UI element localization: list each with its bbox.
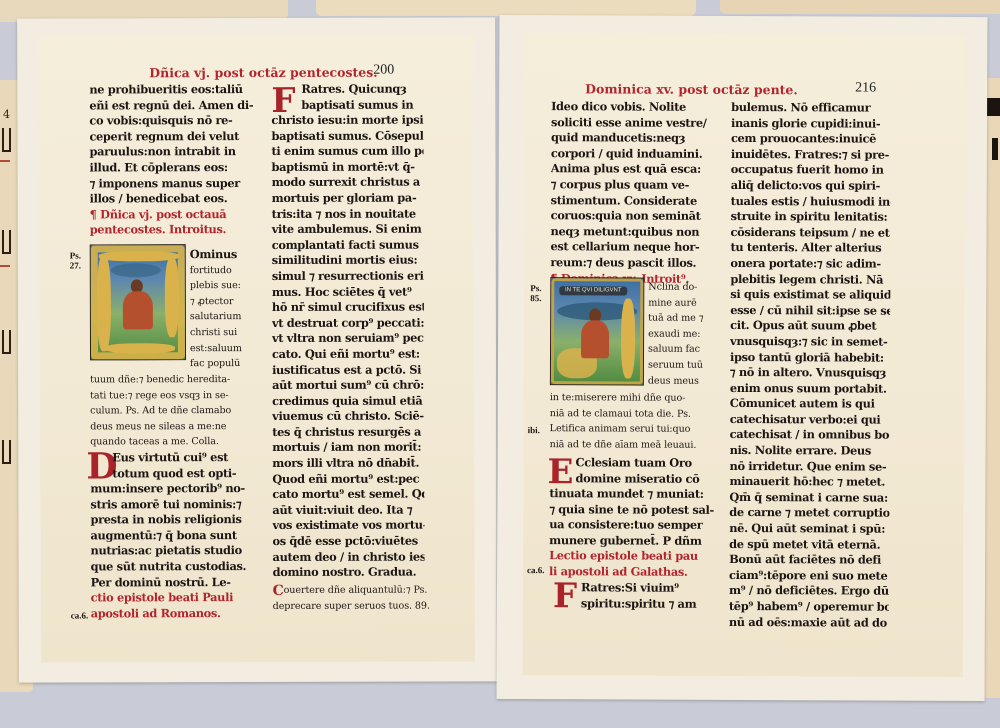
- text-line: deus meus: [648, 373, 724, 389]
- text-line: tuales estis / huiusmodi in-: [731, 194, 891, 210]
- text-line: ua consistere:tuo semper: [549, 517, 727, 533]
- text-line: christo iesu:in morte ipsi⁹: [271, 113, 423, 129]
- margin-note-psalm: Ps. 27.: [70, 250, 81, 270]
- woodcut-frame: [551, 278, 643, 384]
- background-leaf-top-center: [316, 0, 696, 16]
- text-line: cato. Qui eñi mortu⁹ est:: [272, 346, 424, 362]
- rubric-mark: [0, 265, 10, 267]
- text-line: mus. Hoc sciētes q̄ vet⁹: [272, 284, 424, 300]
- text-line: ⁊ imponens manus super: [90, 176, 258, 192]
- text-line: nis. Nolite errare. Deus: [730, 443, 890, 459]
- text-line: domino nostro. Gradua.: [273, 565, 425, 581]
- text-line: nū ad oēs:maxie aūt ad do: [729, 615, 889, 631]
- text-line: illos / benedicebat eos.: [90, 191, 258, 207]
- text-line: reum:⁊ deus pascit illos.: [550, 255, 720, 271]
- text-line: ceperit regnum dei velut: [89, 129, 257, 145]
- text-line: nō irridetur. Que enim se-: [729, 459, 889, 475]
- text-line: Ideo dico vobis. Nolite: [551, 99, 721, 115]
- text-beside-woodcut: Ominus fortitudo plebis sue: ⁊ ꝓtector s…: [190, 247, 260, 372]
- text-line: domine miseratio cō: [575, 471, 725, 487]
- text-line: tuum dñe:⁊ benedic heredita-: [90, 372, 265, 388]
- margin-note-line: 27.: [70, 260, 81, 270]
- text-line: catechisat / in omnibus bo-: [730, 427, 890, 443]
- gradual-lines: deprecare super seruos tuos. 89.: [273, 599, 443, 615]
- text-line: augmentū:⁊ q̄ bona sunt: [90, 528, 265, 544]
- folio-number: 200: [373, 63, 394, 79]
- text-line: Ominus: [190, 247, 260, 263]
- text-line: cato mortu⁹ est semel. Qd: [272, 487, 424, 503]
- rubric-line: apostoli ad Romanos.: [91, 606, 266, 622]
- text-line: enim onus suum portabit.: [730, 381, 890, 397]
- folio-number: 216: [855, 80, 876, 96]
- text-line: spiritu:spiritu ⁊ am: [581, 596, 721, 612]
- text-line: autem deo / in christo iesu: [273, 549, 425, 565]
- margin-note-line: Ps.: [530, 283, 541, 293]
- text-line: vt vltra non seruiam⁹ pec: [272, 331, 424, 347]
- text-line: deus meus ne sileas a me:ne: [90, 419, 265, 435]
- running-head: Dominica xv. post octāz pente.: [585, 81, 798, 97]
- red-initial-F: F: [553, 579, 577, 613]
- text-line: coruos:quia non semināt: [551, 208, 721, 224]
- text-beside-woodcut: Nclina do- mine aurē tuā ad me ⁊ exaudi …: [648, 280, 724, 389]
- red-initial-E: E: [547, 455, 573, 489]
- text-line: totum quod est opti-: [112, 466, 262, 482]
- text-line: cōsiderans teipsum / ne et: [731, 225, 891, 241]
- text-line: simul ⁊ resurrectionis eri-: [272, 269, 424, 285]
- text-line: ouertere dñe aliquantulū:⁊ Ps.: [284, 583, 444, 599]
- text-line: aūt viuit:viuit deo. Ita ⁊: [272, 502, 424, 518]
- text-line: baptisati sumus. Cōsepul: [271, 128, 423, 144]
- text-line: aliq̄ delicto:vos qui spiri-: [731, 178, 891, 194]
- text-line: de spū metet vitā eternā.: [729, 537, 889, 553]
- text-line: fac populū: [190, 356, 260, 372]
- text-fragment: [992, 138, 998, 160]
- text-line: plebis sue:: [190, 278, 260, 294]
- text-line: munere gubernet̄. P dñm: [549, 533, 727, 549]
- background-leaf-top-right: [720, 0, 1000, 14]
- text-after-woodcut: tuum dñe:⁊ benedic heredita- tati tue:⁊ …: [90, 372, 265, 450]
- text-line: eñi est regnū dei. Amen di-: [89, 98, 257, 114]
- text-line: culum. Ps. Ad te dñe clamabo: [90, 403, 265, 419]
- text-line: stris amorē tui nominis:⁊: [90, 497, 265, 513]
- music-number: 4: [3, 108, 10, 121]
- text-line: Eus virtutū cui⁹ est: [112, 450, 262, 466]
- text-line: si quis existimat se aliquid: [730, 287, 890, 303]
- text-line: co vobis:quisquis nō re-: [89, 113, 257, 129]
- text-line: de carne ⁊ metet corruptio: [729, 505, 889, 521]
- text-line: deprecare super seruos tuos. 89.: [273, 599, 443, 615]
- margin-note-line: Ps.: [70, 250, 81, 260]
- rubric-line: ctio epistole beati Pauli: [91, 590, 266, 606]
- text-line: ⁊ corpus plus quam ve-: [551, 177, 721, 193]
- text-line: mum:insere pectorib⁹ no-: [90, 481, 265, 497]
- text-line: iustificatus est a pctō. Si: [272, 362, 424, 378]
- text-line: vite ambulemus. Si enim: [272, 222, 424, 238]
- collect-lines: tinuata mundet ⁊ muniat: ⁊ quia sine te …: [549, 486, 727, 580]
- illuminated-initial-woodcut: [90, 244, 186, 360]
- text-line: Anima plus est quā esca:: [551, 162, 721, 178]
- music-notation-mark: [2, 128, 11, 152]
- text-line: presta in nobis religionis: [90, 512, 265, 528]
- text-line: modo surrexit christus a: [272, 175, 424, 191]
- text-line: Letifica animam serui tui:quo: [550, 421, 728, 437]
- text-line: Qm̄ q̄ seminat i carne sua:: [729, 490, 889, 506]
- gradual-lines: ouertere dñe aliquantulū:⁊ Ps.: [284, 583, 444, 599]
- left-column-2: christo iesu:in morte ipsi⁹ baptisati su…: [271, 113, 424, 581]
- text-line: minauerit hō:hec ⁊ metet.: [729, 474, 889, 490]
- margin-note-psalm: Ps. 85.: [530, 283, 541, 303]
- text-line: bulemus. Nō efficamur: [731, 100, 891, 116]
- text-line: vnusquisqȝ:⁊ sic in semet-: [730, 334, 890, 350]
- text-line: salutarium: [190, 309, 260, 325]
- margin-note-line: 85.: [530, 293, 541, 303]
- red-initial-C: C: [273, 584, 284, 598]
- text-line: vt destruat corp⁹ peccati:: [272, 315, 424, 331]
- illuminated-initial-woodcut: IN TE QVI DILIGVNT: [550, 277, 644, 385]
- text-line: est:saluum: [190, 341, 260, 357]
- text-line: complantati facti sumus: [272, 237, 424, 253]
- text-line: mors illi vltra nō dn̄abit̄.: [272, 456, 424, 472]
- right-leaf-page: Dominica xv. post octāz pente. 216 Ideo …: [523, 33, 966, 677]
- text-line: in te:miserere mihi dñe quo-: [550, 390, 728, 406]
- rubric-line: Lectio epistole beati pau: [549, 549, 727, 565]
- right-column-1: Ideo dico vobis. Nolite soliciti esse an…: [550, 99, 721, 287]
- text-line: tuā ad me ⁊: [648, 311, 724, 327]
- epistle-lines: Ratres:Si viuim⁹ spiritu:spiritu ⁊ am: [581, 580, 721, 612]
- text-line: Quod eñi mortu⁹ est:pec: [272, 471, 424, 487]
- woodcut-frame: [91, 245, 185, 359]
- text-line: Ratres:Si viuim⁹: [581, 580, 721, 596]
- text-line: similitudini mortis eius:: [272, 253, 424, 269]
- text-line: Nclina do-: [648, 280, 724, 296]
- text-line: inanis glorie cupidi:inui-: [731, 116, 891, 132]
- music-notation-mark: [2, 230, 11, 254]
- text-line: os q̄dē esse pctō:viuētes: [272, 534, 424, 550]
- text-line: paruulus:non intrabit in: [89, 144, 257, 160]
- collect-lines-indented: Eus virtutū cui⁹ est totum quod est opti…: [112, 450, 262, 482]
- col2-indented-lines: Ratres. Quicunqȝ baptisati sumus in: [301, 82, 421, 114]
- text-line: tris:ita ⁊ nos in nouitate: [272, 206, 424, 222]
- text-line: esse / cū nihil sit:ipse se sedu-: [730, 303, 890, 319]
- left-column-1: ne prohibueritis eos:taliū eñi est regnū…: [89, 82, 257, 238]
- text-line: tinuata mundet ⁊ muniat:: [549, 486, 727, 502]
- text-line: neqȝ metunt:quibus non: [551, 224, 721, 240]
- text-line: fortitudo: [190, 263, 260, 279]
- text-line: baptisati sumus in: [301, 97, 421, 113]
- text-line: mortuis / iam non morit̄:: [272, 440, 424, 456]
- left-leaf-page: Dñica vj. post octāz pentecostes. 200 ne…: [39, 35, 475, 662]
- text-line: tati tue:⁊ rege eos vsqȝ in se-: [90, 388, 265, 404]
- margin-note-chapter: ca.6.: [527, 565, 545, 575]
- text-line: baptismū in mortē:vt q̄-: [272, 159, 424, 175]
- rubric-mark: [0, 160, 10, 162]
- text-line: corpori / quid induamini.: [551, 146, 721, 162]
- text-line: inuidētes. Fratres:⁊ si pre-: [731, 147, 891, 163]
- music-notation-mark: [2, 330, 11, 354]
- text-line: cem prouocantes:inuicē: [731, 131, 891, 147]
- text-line: que sūt nutrita custodias.: [91, 559, 266, 575]
- text-line: struite in spiritu lenitatis:: [731, 209, 891, 225]
- text-line: onera portate:⁊ sic adim-: [730, 256, 890, 272]
- text-line: mortuis per gloriam pa-: [272, 191, 424, 207]
- text-line: ⁊ quia sine te nō potest sal-: [549, 502, 727, 518]
- text-line: ne prohibueritis eos:taliū: [89, 82, 257, 98]
- collect-lines: mum:insere pectorib⁹ no- stris amorē tui…: [90, 481, 265, 622]
- right-column-2: bulemus. Nō efficamur inanis glorie cupi…: [729, 100, 891, 631]
- rubric-heading: pentecostes. Introitus.: [90, 222, 258, 238]
- left-mat: Dñica vj. post octāz pentecostes. 200 ne…: [17, 17, 497, 682]
- text-line: seruum tuū: [648, 358, 724, 374]
- text-line: hō nr̄ simul crucifixus est:: [272, 300, 424, 316]
- text-line: Per dominū nostrū. Le-: [91, 575, 266, 591]
- text-line: nutrias:ac pietatis studio: [91, 543, 266, 559]
- text-line: ti enim sumus cum illo per: [271, 144, 423, 160]
- text-line: Cclesiam tuam Oro: [576, 455, 726, 471]
- text-line: ciam⁹:tēpore eni suo mete: [729, 568, 889, 584]
- text-line: Ratres. Quicunqȝ: [301, 82, 421, 98]
- text-line: est cellarium neque hor-: [550, 240, 720, 256]
- text-line: soliciti esse anime vestre/: [551, 115, 721, 131]
- text-line: aūt mortui sum⁹ cū chrō:: [272, 378, 424, 394]
- text-line: vos existimate vos mortu-: [272, 518, 424, 534]
- text-line: nē. Qui aūt seminat i spū:: [729, 521, 889, 537]
- text-line: tēp⁹ habem⁹ / operemur bo-: [729, 599, 889, 615]
- text-line: catechisatur verbo:ei qui: [730, 412, 890, 428]
- margin-note-ibi: ibi.: [528, 425, 540, 435]
- text-line: mine aurē: [648, 295, 724, 311]
- text-line: cit. Opus aūt suum ꝓbet: [730, 318, 890, 334]
- text-line: saluum fac: [648, 342, 724, 358]
- text-line: Cōmunicet autem is qui: [730, 396, 890, 412]
- text-line: tu tenteris. Alter alterius: [730, 240, 890, 256]
- text-line: plebitis legem christi. Nā: [730, 271, 890, 287]
- text-line: stimentum. Considerate: [551, 193, 721, 209]
- text-line: exaudi me:: [648, 326, 724, 342]
- text-line: viuemus cū christo. Sciē-: [272, 409, 424, 425]
- text-line: occupatus fuerit homo in: [731, 162, 891, 178]
- text-line: Bonū aūt faciētes nō defi: [729, 552, 889, 568]
- right-mat: Dominica xv. post octāz pente. 216 Ideo …: [497, 15, 988, 701]
- text-line: tes q̄ christus resurgēs a: [272, 424, 424, 440]
- text-line: illud. Et cōplerans eos:: [90, 160, 258, 176]
- text-line: niā ad te clamaui tota die. Ps.: [550, 406, 728, 422]
- running-head: Dñica vj. post octāz pentecostes.: [149, 65, 377, 81]
- text-line: niā ad te dñe aīam meā leuaui.: [550, 437, 728, 453]
- text-line: ⁊ nō in altero. Vnusquisqȝ: [730, 365, 890, 381]
- collect-lines-indented: Cclesiam tuam Oro domine miseratio cō: [575, 455, 725, 487]
- text-after-woodcut: in te:miserere mihi dñe quo- niā ad te c…: [550, 390, 728, 453]
- music-notation-mark: [2, 440, 11, 464]
- margin-note-chapter: ca.6.: [71, 610, 89, 620]
- text-line: ⁊ ꝓtector: [190, 294, 260, 310]
- text-line: christi sui: [190, 325, 260, 341]
- text-line: quid manducetis:neqȝ: [551, 130, 721, 146]
- text-line: credimus quia simul etiā: [272, 393, 424, 409]
- text-line: ipso tantū gloriā habebit:: [730, 349, 890, 365]
- rubric-heading: ¶ Dñica vj. post octauā: [90, 207, 258, 223]
- text-line: m⁹ / nō deficiētes. Ergo dū: [729, 583, 889, 599]
